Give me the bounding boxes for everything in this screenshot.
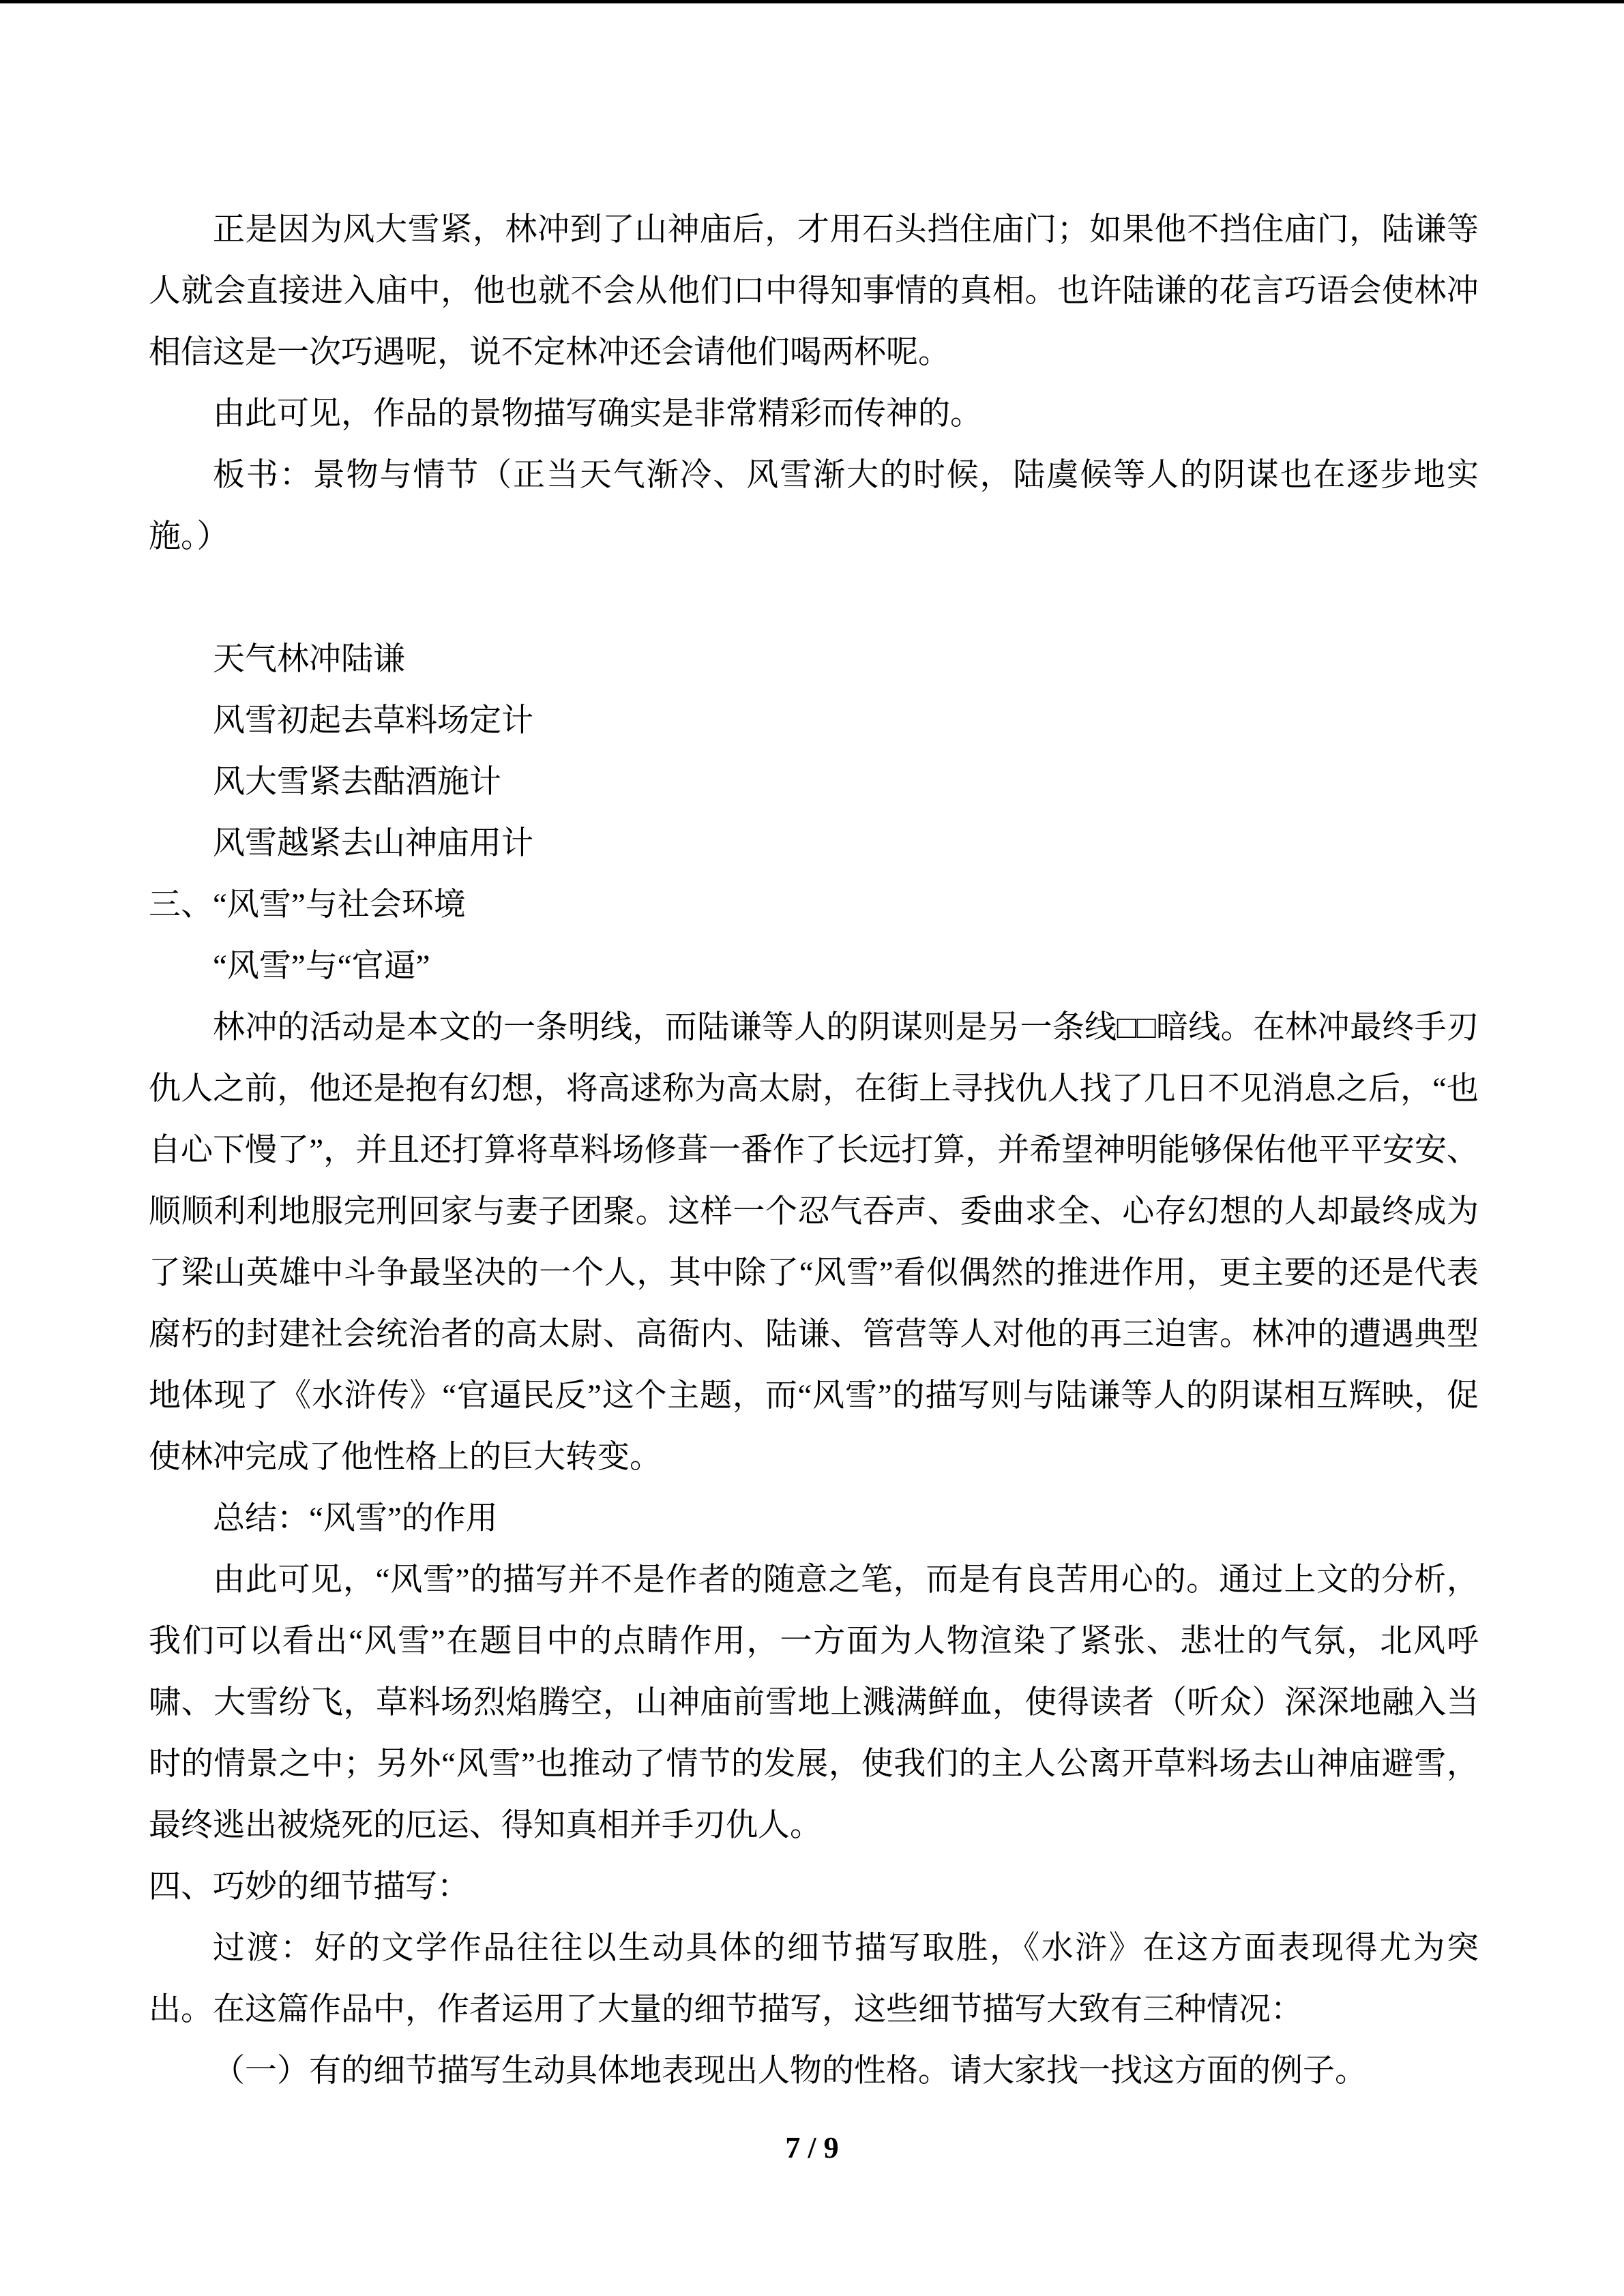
blank-line: [149, 567, 1479, 629]
paragraph: 总结：“风雪”的作用: [149, 1488, 1479, 1549]
document-page: 正是因为风大雪紧，林冲到了山神庙后，才用石头挡住庙门；如果他不挡住庙门，陆谦等人…: [0, 0, 1624, 2296]
paragraph: 板书：景物与情节（正当天气渐冷、风雪渐大的时候，陆虞候等人的阴谋也在逐步地实施。…: [149, 445, 1479, 567]
paragraph: 由此可见，“风雪”的描写并不是作者的随意之笔，而是有良苦用心的。通过上文的分析，…: [149, 1549, 1479, 1856]
section-heading: 三、“风雪”与社会环境: [149, 874, 1479, 936]
paragraph: 正是因为风大雪紧，林冲到了山神庙后，才用石头挡住庙门；如果他不挡住庙门，陆谦等人…: [149, 199, 1479, 383]
section-heading: 四、巧妙的细节描写：: [149, 1856, 1479, 1918]
screenshot-top-edge: [0, 0, 1624, 3]
document-body: 正是因为风大雪紧，林冲到了山神庙后，才用石头挡住庙门；如果他不挡住庙门，陆谦等人…: [149, 199, 1479, 2102]
paragraph: 天气林冲陆谦: [149, 629, 1479, 690]
page-number: 7 / 9: [0, 2129, 1624, 2167]
paragraph: 过渡：好的文学作品往往以生动具体的细节描写取胜，《水浒》在这方面表现得尤为突出。…: [149, 1918, 1479, 2040]
paragraph: 风雪初起去草料场定计: [149, 690, 1479, 751]
paragraph: 风雪越紧去山神庙用计: [149, 813, 1479, 874]
paragraph: 风大雪紧去酤酒施计: [149, 751, 1479, 813]
paragraph: 林冲的活动是本文的一条明线，而陆谦等人的阴谋则是另一条线□□暗线。在林冲最终手刃…: [149, 997, 1479, 1488]
paragraph: “风雪”与“官逼”: [149, 936, 1479, 997]
paragraph: （一）有的细节描写生动具体地表现出人物的性格。请大家找一找这方面的例子。: [149, 2040, 1479, 2102]
paragraph: 由此可见，作品的景物描写确实是非常精彩而传神的。: [149, 383, 1479, 445]
